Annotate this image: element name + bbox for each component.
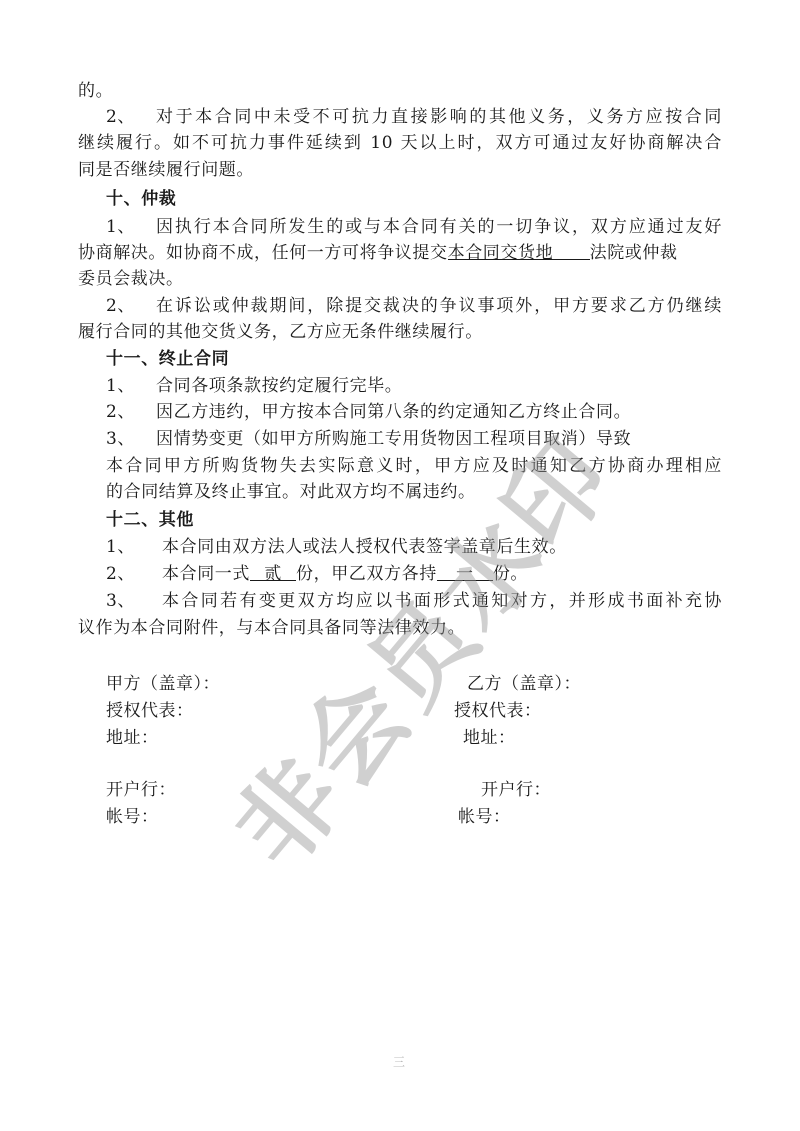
paragraph-text: 对于本合同中未受不可抗力直接影响的其他义务，义务方应按合同 <box>156 106 722 128</box>
paragraph-text: 履行合同的其他交货义务，乙方应无条件继续履行。 <box>78 321 722 343</box>
item-number: 1、 <box>106 216 156 238</box>
termination-item-1: 1、合同各项条款按约定履行完毕。 <box>106 375 722 397</box>
party-b-bank-label: 开户行： <box>481 779 551 801</box>
paragraph-text: 协商解决。如协商不成，任何一方可将争议提交 <box>78 243 448 263</box>
arbitration-item-1-line-2: 协商解决。如协商不成，任何一方可将争议提交本合同交货地法院或仲裁 <box>78 242 722 264</box>
party-a-account-label: 帐号： <box>106 806 159 828</box>
party-a-bank-label: 开户行： <box>106 779 176 801</box>
section-heading-arbitration: 十、仲裁 <box>106 188 722 210</box>
paragraph-text: 合同各项条款按约定履行完毕。 <box>156 376 402 396</box>
copies-each-field: 一 <box>437 563 493 581</box>
paragraph-text: 份。 <box>493 564 528 584</box>
item-number: 2、 <box>106 106 156 128</box>
item-number: 2、 <box>106 295 156 317</box>
arbitration-item-1: 1、因执行本合同所发生的或与本合同有关的一切争议，双方应通过友好 <box>106 216 722 238</box>
party-a-address-label: 地址： <box>106 727 159 749</box>
party-b-seal-label: 乙方（盖章）： <box>467 673 581 695</box>
item-number: 3、 <box>106 590 162 612</box>
venue-fill-field: 本合同交货地 <box>448 242 590 260</box>
paragraph-text: 同是否继续履行问题。 <box>78 159 722 181</box>
paragraph-text: 份，甲乙双方各持 <box>296 564 437 584</box>
paragraph-text: 因情势变更（如甲方所购施工专用货物因工程项目取消）导致 <box>156 429 631 449</box>
section-heading-other: 十二、其他 <box>106 509 722 531</box>
other-item-3: 3、本合同若有变更双方均应以书面形式通知对方，并形成书面补充协 <box>106 590 722 612</box>
party-b-account-label: 帐号： <box>458 806 511 828</box>
total-copies-field: 贰 <box>250 563 296 581</box>
paragraph-text: 本合同甲方所购货物失去实际意义时，甲方应及时通知乙方协商办理相应 <box>106 455 722 477</box>
item-number: 3、 <box>106 428 156 450</box>
paragraph-text: 议作为本合同附件，与本合同具备同等法律效力。 <box>78 617 722 639</box>
section-heading-termination: 十一、终止合同 <box>106 348 722 370</box>
item-number: 1、 <box>106 375 156 397</box>
paragraph-text: 在诉讼或仲裁期间，除提交裁决的争议事项外，甲方要求乙方仍继续 <box>156 295 722 317</box>
party-b-address-label: 地址： <box>463 727 516 749</box>
arbitration-item-2: 2、在诉讼或仲裁期间，除提交裁决的争议事项外，甲方要求乙方仍继续 <box>106 295 722 317</box>
paragraph-text: 因乙方违约，甲方按本合同第八条的约定通知乙方终止合同。 <box>156 402 631 422</box>
item-number: 2、 <box>106 401 156 423</box>
other-item-1: 1、本合同由双方法人或法人授权代表签字盖章后生效。 <box>106 536 722 558</box>
termination-item-3: 3、因情势变更（如甲方所购施工专用货物因工程项目取消）导致 <box>106 428 722 450</box>
page-number: 三 <box>393 1053 405 1070</box>
paragraph-text: 法院或仲裁 <box>590 243 678 263</box>
continuation-text: 的。 <box>78 80 722 102</box>
other-item-2: 2、本合同一式贰份，甲乙双方各持一份。 <box>106 563 722 585</box>
paragraph-text: 本合同若有变更双方均应以书面形式通知对方，并形成书面补充协 <box>162 590 722 612</box>
item-number: 1、 <box>106 536 162 558</box>
party-a-seal-label: 甲方（盖章）： <box>106 673 220 695</box>
paragraph-text: 继续履行。如不可抗力事件延续到 10 天以上时，双方可通过友好协商解决合 <box>78 132 722 154</box>
paragraph-text: 的合同结算及终止事宜。对此双方均不属违约。 <box>106 481 750 503</box>
item-number: 2、 <box>106 563 162 585</box>
party-a-representative-label: 授权代表： <box>106 700 194 722</box>
paragraph-text: 本合同一式 <box>162 564 250 584</box>
document-page: 的。 2、对于本合同中未受不可抗力直接影响的其他义务，义务方应按合同 继续履行。… <box>0 0 800 1131</box>
paragraph-text: 委员会裁决。 <box>78 268 722 290</box>
force-majeure-item-2: 2、对于本合同中未受不可抗力直接影响的其他义务，义务方应按合同 <box>106 106 722 128</box>
party-b-representative-label: 授权代表： <box>454 700 542 722</box>
termination-item-2: 2、因乙方违约，甲方按本合同第八条的约定通知乙方终止合同。 <box>106 401 722 423</box>
paragraph-text: 因执行本合同所发生的或与本合同有关的一切争议，双方应通过友好 <box>156 216 722 238</box>
paragraph-text: 本合同由双方法人或法人授权代表签字盖章后生效。 <box>162 537 567 557</box>
